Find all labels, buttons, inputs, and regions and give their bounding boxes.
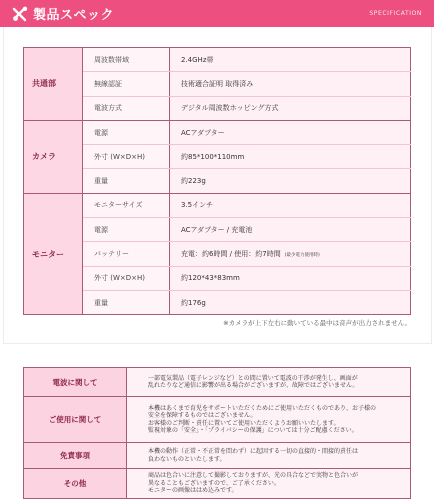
spec-value: 3.5インチ — [170, 193, 411, 217]
spec-value: 約85*100*110mm — [170, 145, 411, 169]
table-row: バッテリー 充電：約6時間 / 使用：約7時間(最少電力使用時) — [24, 242, 411, 266]
header-subtitle: SPECIFICATION — [369, 10, 422, 17]
notes-line: 監視対象の「安全」・「プライバシーの保護」については十分ご配慮ください。 — [148, 427, 410, 435]
table-row: 重量 約176g — [24, 290, 411, 314]
spec-value: 約120*43*83mm — [170, 266, 411, 290]
notes-row: その他 商品は色合いに注意して撮影しておりますが、光の具合などで実物と色合いが … — [24, 469, 411, 499]
table-row: 外寸 (W×D×H) 約120*43*83mm — [24, 266, 411, 290]
spec-label: 重量 — [83, 290, 170, 314]
notes-line: モニターの画像ははめ込みです。 — [148, 487, 410, 495]
table-row: 外寸 (W×D×H) 約85*100*110mm — [24, 145, 411, 169]
notes-text: 商品は色合いに注意して撮影しておりますが、光の具合などで実物と色合いが 異なるこ… — [127, 469, 411, 499]
notes-table: 電波に関して 一部電気製品（電子レンジなど）との間に置いて電波の干渉が発生し、画… — [23, 367, 411, 499]
spec-value: 2.4GHz帯 — [170, 48, 411, 72]
notes-text: 本機はあくまで育児をサポートいただくためにご使用いただくものであり、お子様の 安… — [127, 397, 411, 443]
spec-table: 共通部 周波数帯域 2.4GHz帯 無線認証 技術適合証明 取得済み 電波方式 … — [23, 47, 411, 315]
tools-icon — [12, 6, 28, 22]
spec-label: バッテリー — [83, 242, 170, 266]
spec-value: 約223g — [170, 169, 411, 193]
notes-line: 負わないものといたします。 — [148, 456, 410, 464]
table-row: 重量 約223g — [24, 169, 411, 193]
notes-text: 一部電気製品（電子レンジなど）との間に置いて電波の干渉が発生し、画面が 乱れたり… — [127, 368, 411, 397]
spec-value-battery: 充電：約6時間 / 使用：約7時間(最少電力使用時) — [170, 242, 411, 266]
notes-label: 免責事項 — [24, 443, 127, 469]
section-header: 製品スペック SPECIFICATION — [0, 0, 434, 27]
spec-label: 外寸 (W×D×H) — [83, 145, 170, 169]
spec-footnote: ※カメラが上下左右に動いている最中は音声が出力されません。 — [223, 318, 411, 327]
notes-line: 一部電気製品（電子レンジなど）との間に置いて電波の干渉が発生し、画面が — [148, 375, 410, 383]
group-label-camera: カメラ — [24, 120, 83, 193]
spec-label: モニターサイズ — [83, 193, 170, 217]
spec-label: 無線認証 — [83, 72, 170, 96]
notes-line: 安全を保障するものではございません。 — [148, 412, 410, 420]
notes-label: ご使用に関して — [24, 397, 127, 443]
spec-label: 外寸 (W×D×H) — [83, 266, 170, 290]
notes-line: 本機の動作（正常・不正常を問わず）に起因する一切の直接的・間接的責任は — [148, 448, 410, 456]
notes-row: 免責事項 本機の動作（正常・不正常を問わず）に起因する一切の直接的・間接的責任は… — [24, 443, 411, 469]
table-row: 電源 ACアダプター / 充電池 — [24, 218, 411, 242]
table-row: モニター モニターサイズ 3.5インチ — [24, 193, 411, 217]
page-title: 製品スペック — [33, 4, 114, 23]
spec-label: 電源 — [83, 218, 170, 242]
notes-row: ご使用に関して 本機はあくまで育児をサポートいただくためにご使用いただくものであ… — [24, 397, 411, 443]
notes-label: 電波に関して — [24, 368, 127, 397]
spec-label: 電源 — [83, 120, 170, 144]
notes-text: 本機の動作（正常・不正常を問わず）に起因する一切の直接的・間接的責任は 負わない… — [127, 443, 411, 469]
spec-value: ACアダプター / 充電池 — [170, 218, 411, 242]
spec-value: 技術適合証明 取得済み — [170, 72, 411, 96]
battery-note: (最少電力使用時) — [285, 253, 320, 258]
table-row: 共通部 周波数帯域 2.4GHz帯 — [24, 48, 411, 72]
battery-value: 充電：約6時間 / 使用：約7時間 — [181, 250, 281, 258]
spec-value: ACアダプター — [170, 120, 411, 144]
notes-line: 本機はあくまで育児をサポートいただくためにご使用いただくものであり、お子様の — [148, 405, 410, 413]
notes-row: 電波に関して 一部電気製品（電子レンジなど）との間に置いて電波の干渉が発生し、画… — [24, 368, 411, 397]
notes-line: 乱れたりなど通信に影響が出る場合がございますが、故障ではございません。 — [148, 382, 410, 390]
spec-label: 周波数帯域 — [83, 48, 170, 72]
header-left: 製品スペック — [12, 4, 114, 23]
spec-label: 重量 — [83, 169, 170, 193]
notes-line: お客様のご判断・責任に置いてご使用いただくようお願いいたします。 — [148, 420, 410, 428]
table-row: 電波方式 デジタル周波数ホッピング方式 — [24, 96, 411, 120]
spec-label: 電波方式 — [83, 96, 170, 120]
group-label-common: 共通部 — [24, 48, 83, 121]
spec-value: デジタル周波数ホッピング方式 — [170, 96, 411, 120]
spec-value: 約176g — [170, 290, 411, 314]
group-label-monitor: モニター — [24, 193, 83, 314]
table-row: 無線認証 技術適合証明 取得済み — [24, 72, 411, 96]
table-row: カメラ 電源 ACアダプター — [24, 120, 411, 144]
notes-line: 商品は色合いに注意して撮影しておりますが、光の具合などで実物と色合いが — [148, 472, 410, 480]
notes-label: その他 — [24, 469, 127, 499]
